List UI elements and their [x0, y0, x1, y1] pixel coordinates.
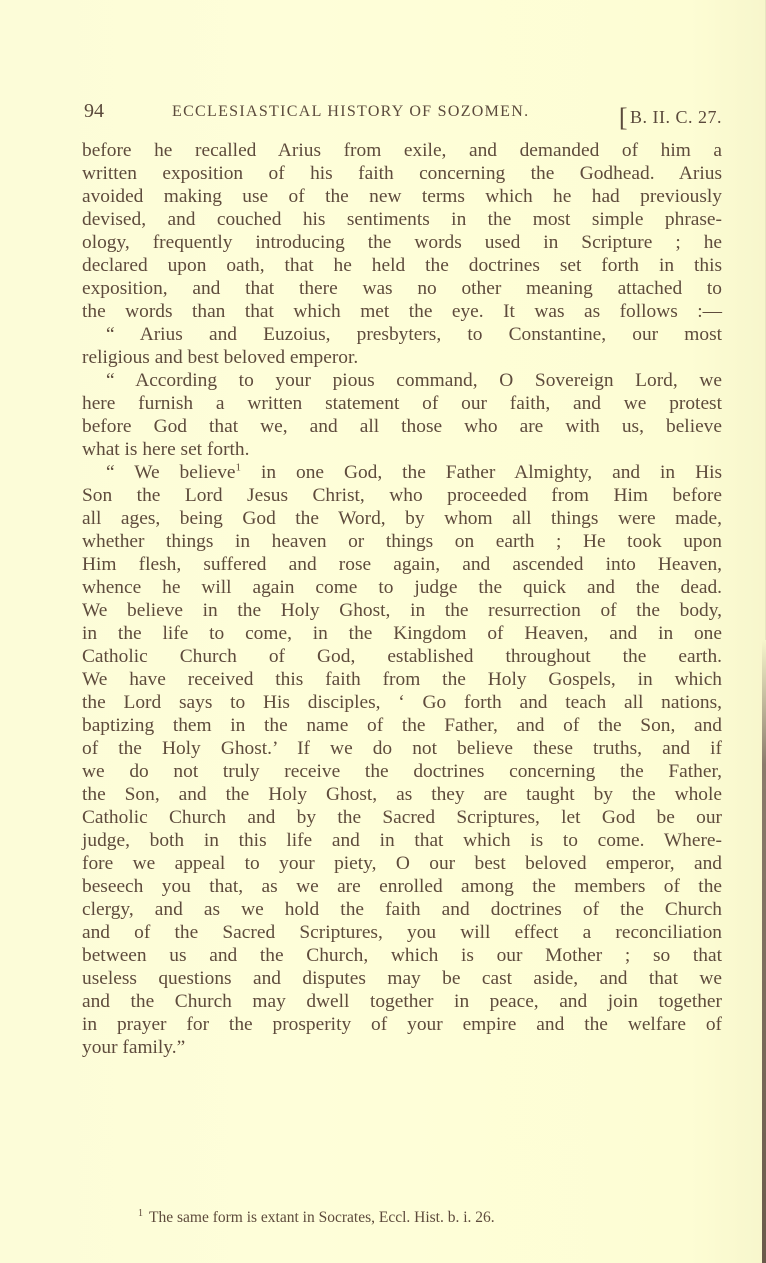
- line-text: the Lord says to His disciples, ‘ Go for…: [82, 692, 722, 713]
- text-line: clergy, and as we hold the faith and doc…: [82, 898, 722, 921]
- text-line: “ We believe1 in one God, the Father Alm…: [82, 461, 722, 484]
- text-line: the words than that which met the eye. I…: [82, 300, 722, 323]
- chapter-ref-text: B. II. C. 27.: [630, 107, 722, 127]
- text-line: we do not truly receive the doctrines co…: [82, 760, 722, 783]
- line-text: We have received this faith from the Hol…: [82, 669, 722, 690]
- text-line: Catholic Church of God, established thro…: [82, 645, 722, 668]
- text-line: declared upon oath, that he held the doc…: [82, 254, 722, 277]
- line-text: beseech you that, as we are enrolled amo…: [82, 876, 722, 897]
- line-text: declared upon oath, that he held the doc…: [82, 255, 722, 276]
- text-line: religious and best beloved emperor.: [82, 346, 722, 369]
- line-text: and of the Sacred Scriptures, you will e…: [82, 922, 722, 943]
- text-line: all ages, being God the Word, by whom al…: [82, 507, 722, 530]
- text-line: whence he will again come to judge the q…: [82, 576, 722, 599]
- text-line: ology, frequently introducing the words …: [82, 231, 722, 254]
- line-text: Him flesh, suffered and rose again, and …: [82, 554, 722, 575]
- line-text: fore we appeal to your piety, O our best…: [82, 853, 722, 874]
- text-line: Catholic Church and by the Sacred Script…: [82, 806, 722, 829]
- text-line: of the Holy Ghost.’ If we do not believe…: [82, 737, 722, 760]
- line-text: Son the Lord Jesus Christ, who proceeded…: [82, 485, 722, 506]
- line-text: written exposition of his faith concerni…: [82, 163, 722, 184]
- text-line: judge, both in this life and in that whi…: [82, 829, 722, 852]
- line-text: in prayer for the prosperity of your emp…: [82, 1014, 722, 1035]
- line-text: “ We believe: [106, 462, 236, 483]
- text-line: Him flesh, suffered and rose again, and …: [82, 553, 722, 576]
- line-text: between us and the Church, which is our …: [82, 945, 722, 966]
- text-line: fore we appeal to your piety, O our best…: [82, 852, 722, 875]
- line-text: before God that we, and all those who ar…: [82, 416, 722, 437]
- footnote-text: The same form is extant in Socrates, Ecc…: [149, 1209, 495, 1226]
- line-text: the words than that which met the eye. I…: [82, 301, 722, 322]
- binding-shadow: [762, 640, 766, 1263]
- line-text: the Son, and the Holy Ghost, as they are…: [82, 784, 722, 805]
- text-line: before God that we, and all those who ar…: [82, 415, 722, 438]
- line-text: baptizing them in the name of the Father…: [82, 715, 722, 736]
- text-line: We believe in the Holy Ghost, in the res…: [82, 599, 722, 622]
- line-text: ology, frequently introducing the words …: [82, 232, 722, 253]
- text-line: what is here set forth.: [82, 438, 722, 461]
- line-text: what is here set forth.: [82, 439, 249, 460]
- text-line: in the life to come, in the Kingdom of H…: [82, 622, 722, 645]
- line-text: exposition, and that there was no other …: [82, 278, 722, 299]
- text-line: avoided making use of the new terms whic…: [82, 185, 722, 208]
- line-text: Catholic Church and by the Sacred Script…: [82, 807, 722, 828]
- line-text: your family.”: [82, 1037, 185, 1058]
- text-line: “ Arius and Euzoius, presbyters, to Cons…: [82, 323, 722, 346]
- text-line: baptizing them in the name of the Father…: [82, 714, 722, 737]
- running-title: ECCLESIASTICAL HISTORY OF SOZOMEN.: [172, 103, 529, 121]
- text-line: the Son, and the Holy Ghost, as they are…: [82, 783, 722, 806]
- text-line: and the Church may dwell together in pea…: [82, 990, 722, 1013]
- line-text: whence he will again come to judge the q…: [82, 577, 722, 598]
- footnote-marker: 1: [138, 1208, 143, 1219]
- text-line: beseech you that, as we are enrolled amo…: [82, 875, 722, 898]
- line-text: useless questions and disputes may be ca…: [82, 968, 722, 989]
- line-text: of the Holy Ghost.’ If we do not believe…: [82, 738, 722, 759]
- text-line: your family.”: [82, 1036, 722, 1059]
- line-text: before he recalled Arius from exile, and…: [82, 140, 722, 161]
- text-line: exposition, and that there was no other …: [82, 277, 722, 300]
- text-line: and of the Sacred Scriptures, you will e…: [82, 921, 722, 944]
- page-number: 94: [84, 100, 104, 123]
- text-line: between us and the Church, which is our …: [82, 944, 722, 967]
- text-line: in prayer for the prosperity of your emp…: [82, 1013, 722, 1036]
- line-text: all ages, being God the Word, by whom al…: [82, 508, 722, 529]
- book-page: 94 ECCLESIASTICAL HISTORY OF SOZOMEN. [B…: [0, 0, 766, 1263]
- line-text: and the Church may dwell together in pea…: [82, 991, 722, 1012]
- text-line: “ According to your pious command, O Sov…: [82, 369, 722, 392]
- line-text: clergy, and as we hold the faith and doc…: [82, 899, 722, 920]
- line-text: here furnish a written statement of our …: [82, 393, 722, 414]
- line-text: judge, both in this life and in that whi…: [82, 830, 722, 851]
- line-text: “ According to your pious command, O Sov…: [106, 370, 722, 391]
- line-text: religious and best beloved emperor.: [82, 347, 358, 368]
- chapter-reference: [B. II. C. 27.: [619, 100, 722, 130]
- bracket-glyph: [: [619, 103, 628, 132]
- text-line: the Lord says to His disciples, ‘ Go for…: [82, 691, 722, 714]
- line-text: devised, and couched his sentiments in t…: [82, 209, 722, 230]
- line-text: whether things in heaven or things on ea…: [82, 531, 722, 552]
- text-line: We have received this faith from the Hol…: [82, 668, 722, 691]
- footnote: 1The same form is extant in Socrates, Ec…: [138, 1208, 495, 1227]
- line-text: Catholic Church of God, established thro…: [82, 646, 722, 667]
- text-line: useless questions and disputes may be ca…: [82, 967, 722, 990]
- body-text: before he recalled Arius from exile, and…: [82, 139, 722, 1059]
- text-line: here furnish a written statement of our …: [82, 392, 722, 415]
- page-header: 94 ECCLESIASTICAL HISTORY OF SOZOMEN. [B…: [84, 100, 714, 130]
- line-text: We believe in the Holy Ghost, in the res…: [82, 600, 722, 621]
- text-line: before he recalled Arius from exile, and…: [82, 139, 722, 162]
- text-line: written exposition of his faith concerni…: [82, 162, 722, 185]
- line-text: avoided making use of the new terms whic…: [82, 186, 722, 207]
- line-text: we do not truly receive the doctrines co…: [82, 761, 722, 782]
- text-line: whether things in heaven or things on ea…: [82, 530, 722, 553]
- line-text: in the life to come, in the Kingdom of H…: [82, 623, 722, 644]
- text-line: devised, and couched his sentiments in t…: [82, 208, 722, 231]
- text-line: Son the Lord Jesus Christ, who proceeded…: [82, 484, 722, 507]
- line-text-rest: in one God, the Father Almighty, and in …: [241, 462, 722, 483]
- line-text: “ Arius and Euzoius, presbyters, to Cons…: [106, 324, 722, 345]
